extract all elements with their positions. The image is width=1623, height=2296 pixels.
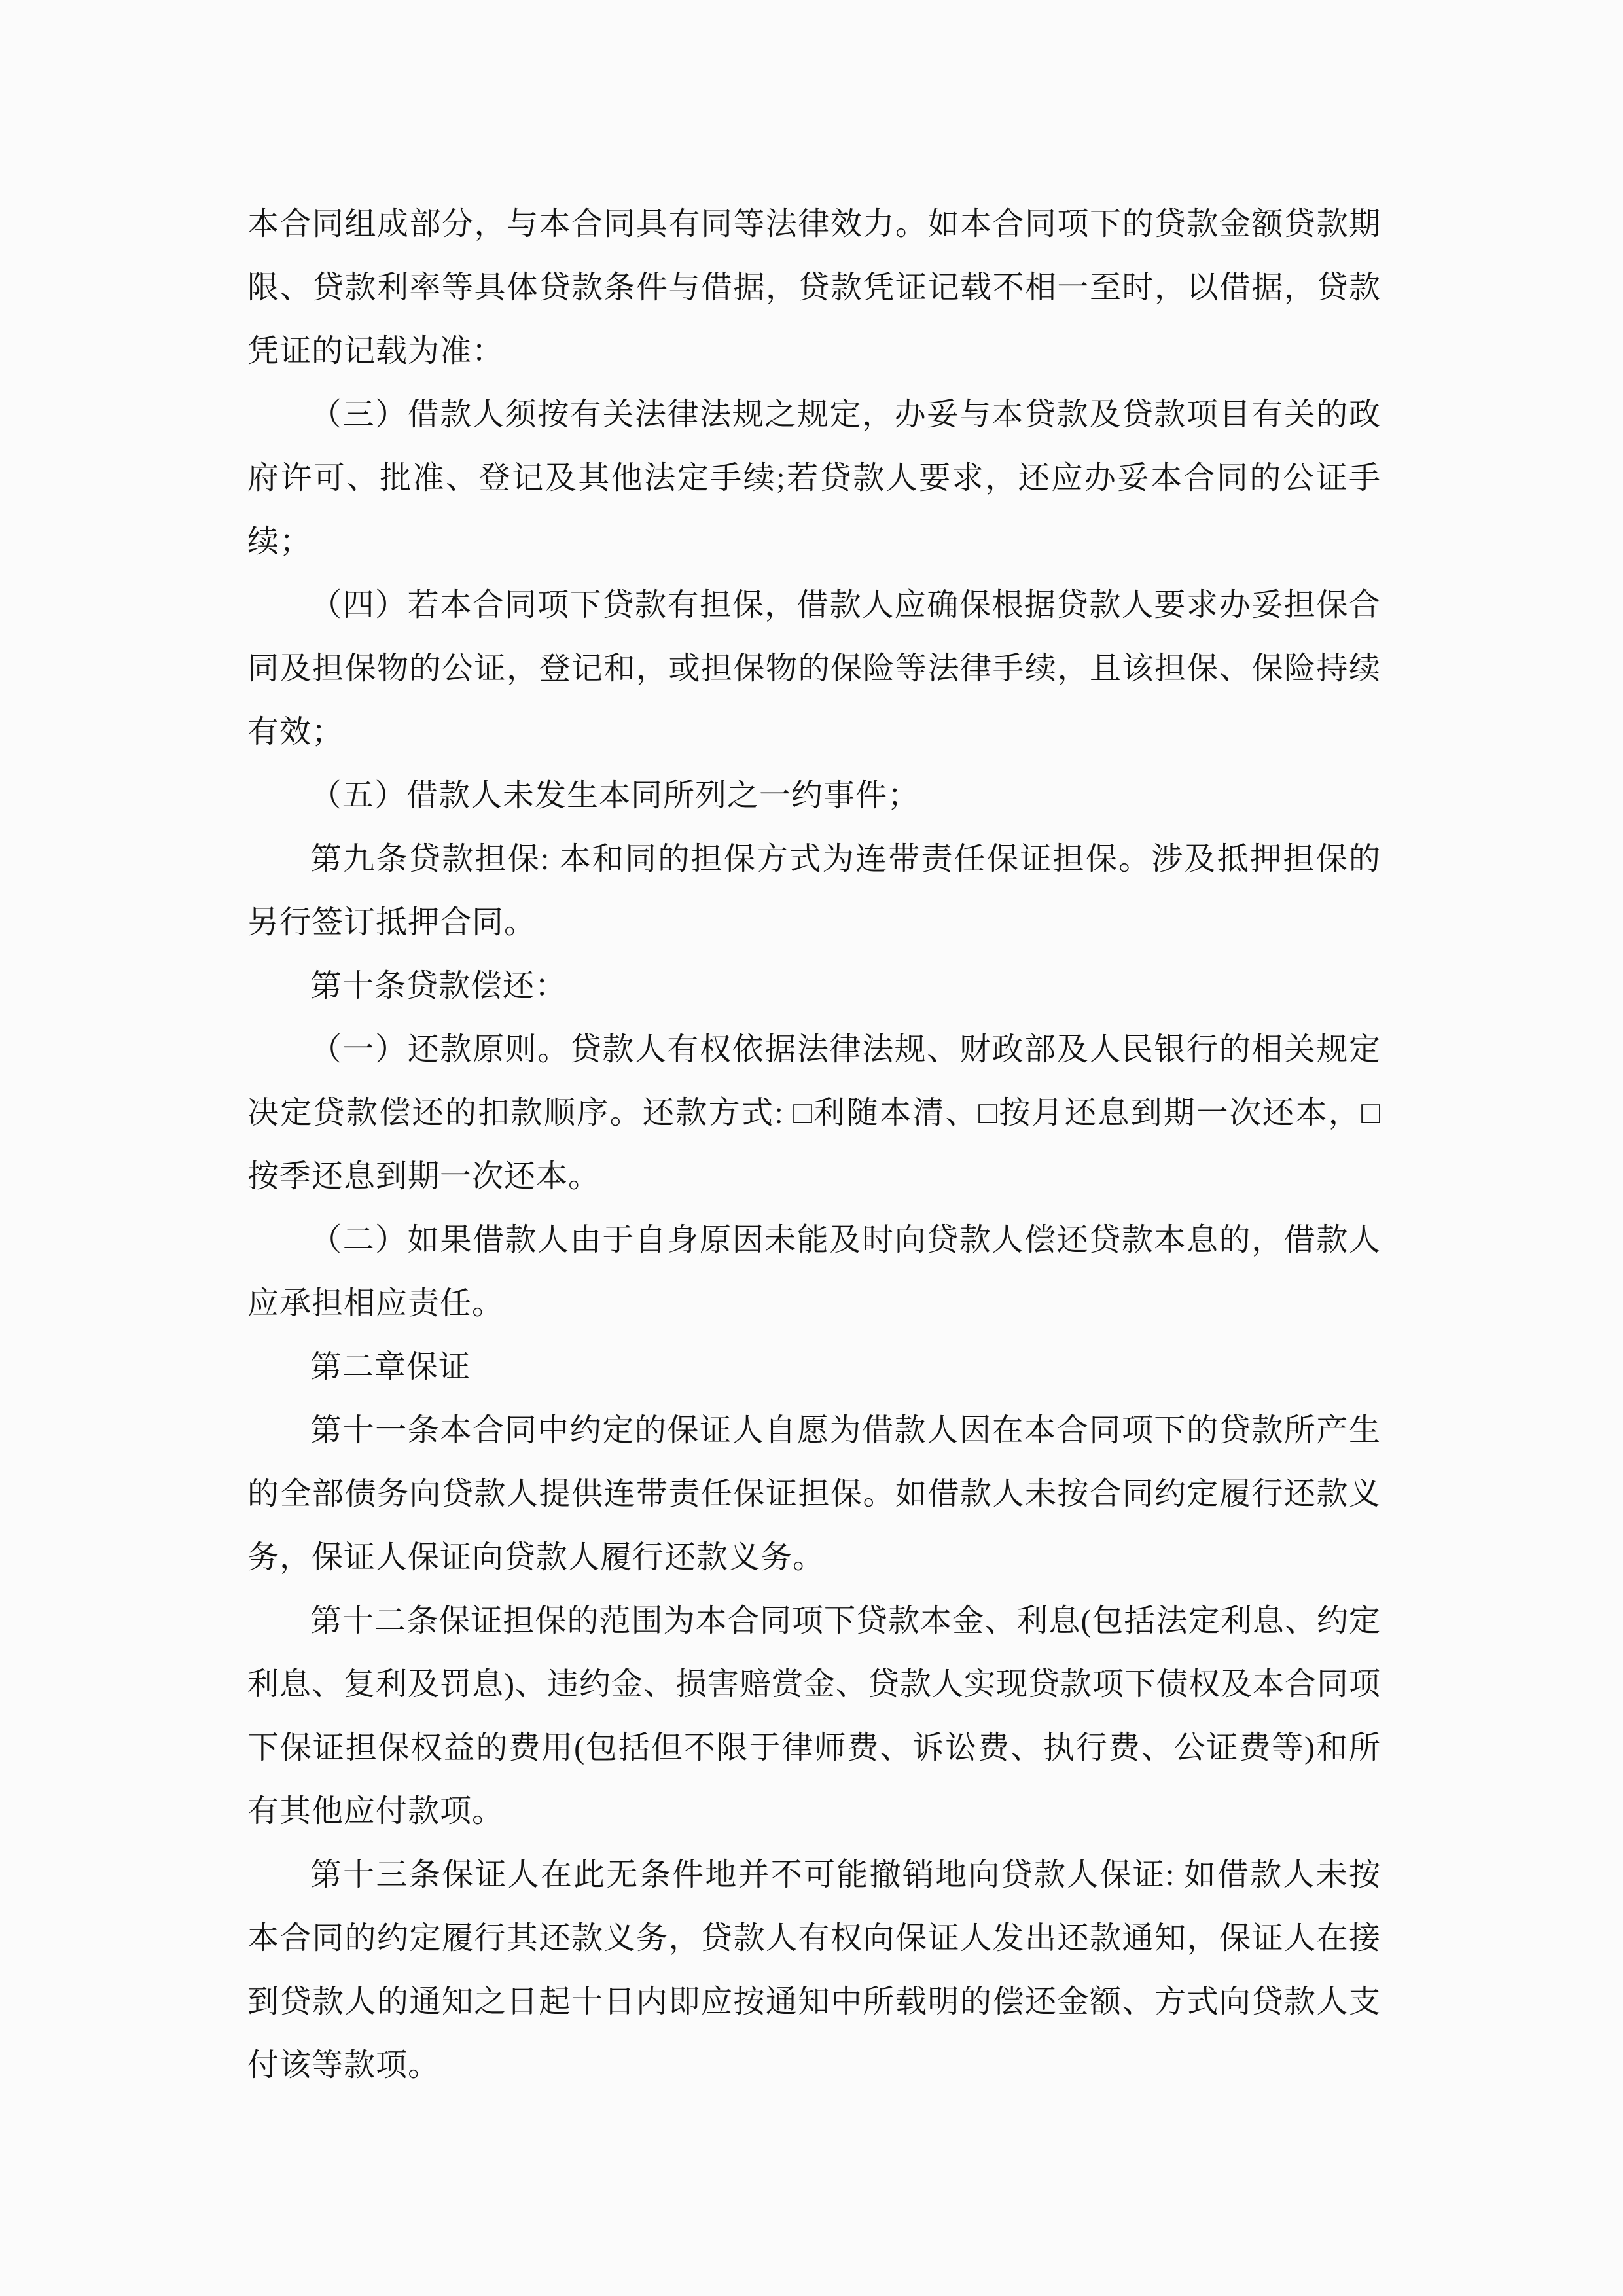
document-page: 本合同组成部分，与本合同具有同等法律效力。如本合同项下的贷款金额贷款期限、贷款利…: [0, 0, 1623, 2296]
chapter-2-heading: 第二章保证: [247, 1335, 1381, 1399]
paragraph-clause-3: （三）借款人须按有关法律法规之规定，办妥与本贷款及贷款项目有关的政府许可、批准、…: [247, 383, 1381, 573]
paragraph-continuation: 本合同组成部分，与本合同具有同等法律效力。如本合同项下的贷款金额贷款期限、贷款利…: [247, 192, 1381, 383]
paragraph-article-9: 第九条贷款担保: 本和同的担保方式为连带责任保证担保。涉及抵押担保的另行签订抵押…: [247, 827, 1381, 954]
paragraph-clause-4: （四）若本合同项下贷款有担保，借款人应确保根据贷款人要求办妥担保合同及担保物的公…: [247, 573, 1381, 764]
paragraph-article-10: 第十条贷款偿还：: [247, 954, 1381, 1018]
contract-body: 本合同组成部分，与本合同具有同等法律效力。如本合同项下的贷款金额贷款期限、贷款利…: [247, 192, 1381, 2097]
paragraph-article-12: 第十二条保证担保的范围为本合同项下贷款本金、利息(包括法定利息、约定利息、复利及…: [247, 1589, 1381, 1843]
paragraph-borrower-liability: （二）如果借款人由于自身原因未能及时向贷款人偿还贷款本息的，借款人应承担相应责任…: [247, 1208, 1381, 1335]
paragraph-clause-5: （五）借款人未发生本同所列之一约事件；: [247, 764, 1381, 827]
paragraph-article-13: 第十三条保证人在此无条件地并不可能撤销地向贷款人保证: 如借款人未按本合同的约定…: [247, 1843, 1381, 2097]
paragraph-article-11: 第十一条本合同中约定的保证人自愿为借款人因在本合同项下的贷款所产生的全部债务向贷…: [247, 1399, 1381, 1589]
paragraph-repayment-principle: （一）还款原则。贷款人有权依据法律法规、财政部及人民银行的相关规定决定贷款偿还的…: [247, 1018, 1381, 1208]
